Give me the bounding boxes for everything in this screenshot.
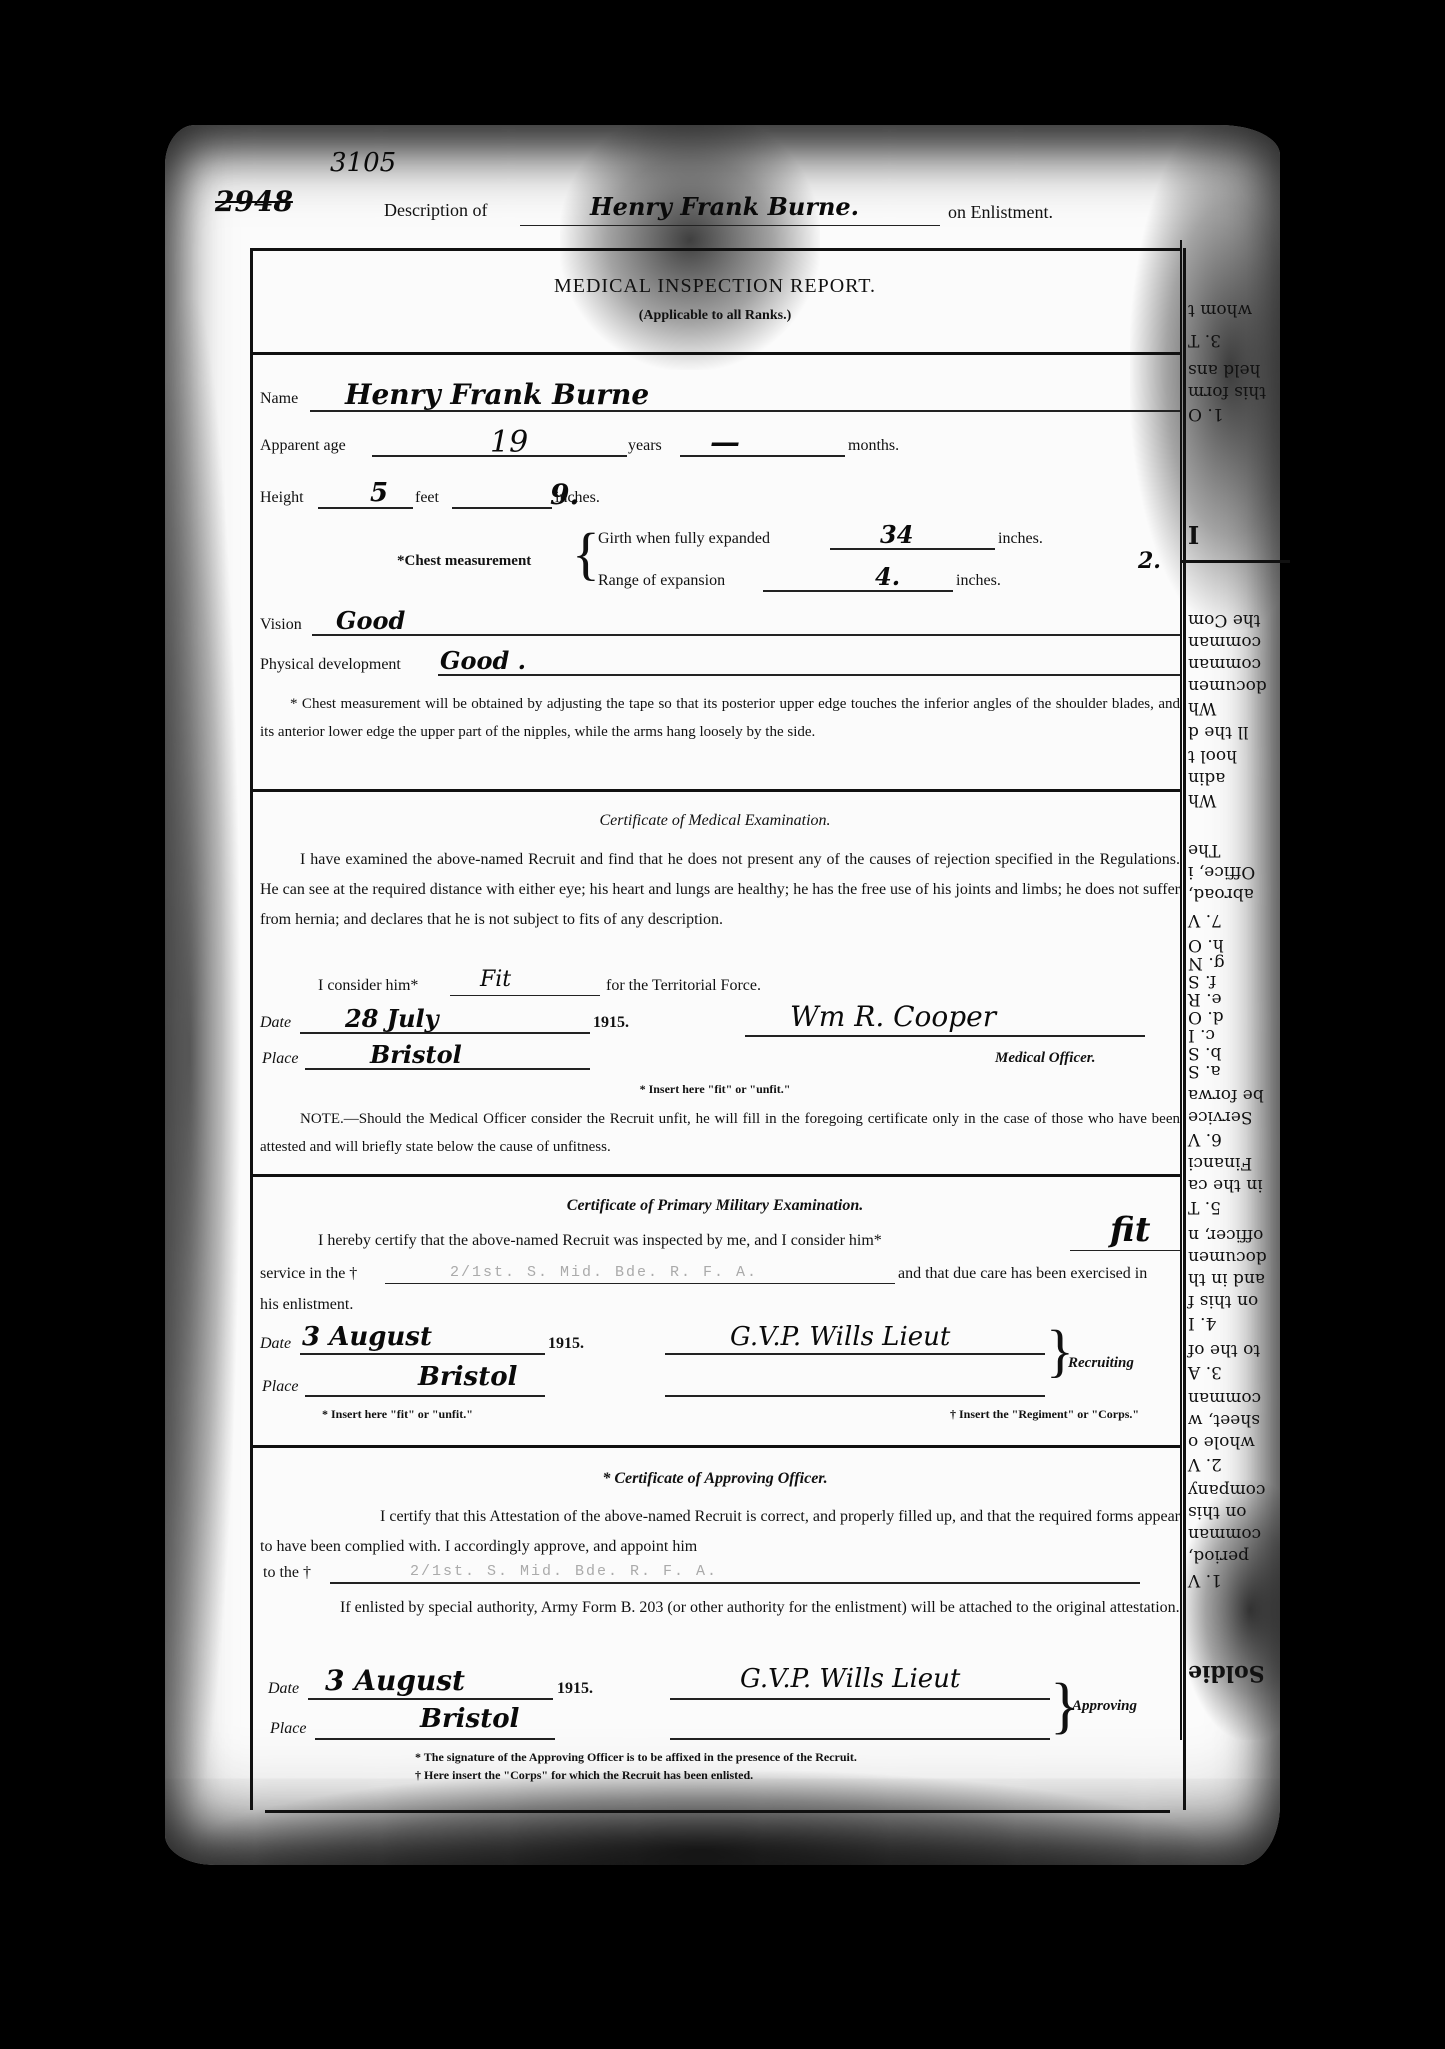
reverse-fragment: the Com	[1188, 610, 1261, 630]
year-value: 1915.	[593, 1014, 629, 1032]
primary-footnote-right: † Insert the "Regiment" or "Corps."	[950, 1407, 1139, 1422]
reverse-fragment: 7. V	[1188, 910, 1222, 930]
reverse-fragment: comman	[1188, 1524, 1261, 1544]
reverse-fragment: whole o	[1188, 1432, 1255, 1452]
reverse-fragment: h. O	[1188, 935, 1224, 955]
physical-label: Physical development	[260, 656, 401, 674]
description-name[interactable]: Henry Frank Burne.	[590, 192, 859, 221]
medical-note: NOTE.—Should the Medical Officer conside…	[260, 1105, 1180, 1161]
consider-line	[450, 995, 600, 996]
reverse-fragment: Wh	[1188, 698, 1216, 718]
date-value[interactable]: 28 July	[345, 1004, 439, 1033]
description-name-line	[520, 225, 940, 226]
reverse-fragment: to the of	[1188, 1340, 1260, 1360]
reverse-fragment: f. S	[1188, 971, 1216, 991]
vision-label: Vision	[260, 616, 302, 634]
reverse-fragment: Wh	[1188, 790, 1216, 810]
reverse-fragment: 3. A	[1188, 1362, 1222, 1382]
range-line	[763, 590, 953, 592]
reverse-fragment: 1. V	[1188, 1570, 1222, 1590]
consider-label: I consider him*	[318, 977, 418, 995]
primary-footnote-left: * Insert here "fit" or "unfit."	[322, 1407, 473, 1422]
approving-role: Approving	[1072, 1698, 1137, 1715]
vision-value[interactable]: Good	[336, 606, 405, 635]
approving-to-label: to the †	[263, 1564, 311, 1582]
primary-year: 1915.	[548, 1335, 584, 1353]
primary-line2-suffix: and that due care has been exercised in	[898, 1265, 1147, 1283]
reverse-fragment: Soldie	[1188, 1660, 1265, 1686]
age-months[interactable]: —	[710, 425, 740, 460]
reverse-fragment: Financi	[1188, 1153, 1252, 1173]
feet-label: feet	[415, 489, 439, 507]
reverse-fragment: and in th	[1188, 1269, 1265, 1289]
name-label: Name	[260, 390, 298, 408]
years-label: years	[628, 437, 662, 455]
range-label: Range of expansion	[598, 572, 725, 590]
reverse-page-strip: whom t 3. T held ans this form 1. O I th…	[1180, 240, 1300, 1740]
reverse-fragment: g. N	[1188, 953, 1225, 973]
report-subtitle: (Applicable to all Ranks.)	[250, 308, 1180, 324]
approving-place-value[interactable]: Bristol	[420, 1704, 519, 1734]
brace-icon: {	[572, 525, 600, 583]
primary-date-value[interactable]: 3 August	[302, 1322, 432, 1352]
reverse-fragment: hool t	[1188, 746, 1237, 766]
reverse-fragment: whom t	[1188, 300, 1252, 320]
approving-place-line	[315, 1738, 555, 1740]
reverse-fragment: 6. V	[1188, 1129, 1222, 1149]
reverse-fragment: comman	[1188, 1388, 1261, 1408]
approving-body: I certify that this Attestation of the a…	[260, 1502, 1180, 1562]
reverse-fragment: officer, n	[1188, 1225, 1263, 1245]
approving-footnote-1: * The signature of the Approving Officer…	[415, 1750, 857, 1765]
report-title: MEDICAL INSPECTION REPORT.	[250, 275, 1180, 298]
approving-footnote-2: † Here insert the "Corps" for which the …	[415, 1768, 753, 1783]
recruiting-role: Recruiting	[1068, 1355, 1134, 1372]
place-value[interactable]: Bristol	[370, 1040, 462, 1069]
reverse-fragment: b. S	[1188, 1043, 1221, 1063]
reverse-fragment: period,	[1188, 1546, 1249, 1566]
primary-place-line	[305, 1395, 545, 1397]
service-value[interactable]: 2/1st. S. Mid. Bde. R. F. A.	[450, 1264, 758, 1281]
chest-note: * Chest measurement will be obtained by …	[260, 690, 1180, 746]
primary-signature-line-2	[665, 1395, 1045, 1397]
approving-year: 1915.	[557, 1680, 593, 1698]
consider-value[interactable]: Fit	[480, 967, 511, 992]
approving-date-label: Date	[268, 1680, 299, 1698]
medical-officer-role: Medical Officer.	[995, 1050, 1096, 1067]
height-feet[interactable]: 5	[370, 478, 388, 508]
signature-line	[745, 1035, 1145, 1037]
primary-line3: his enlistment.	[260, 1296, 353, 1314]
place-label: Place	[262, 1050, 298, 1068]
range-unit: inches.	[956, 572, 1001, 590]
reverse-fragment: c. I	[1188, 1025, 1215, 1045]
reverse-fragment: ll the d	[1188, 722, 1248, 742]
reverse-fragment: documen	[1188, 1247, 1267, 1267]
girth-label: Girth when fully expanded	[598, 530, 770, 548]
margin-mark: 2.	[1138, 548, 1161, 574]
description-prefix: Description of	[384, 200, 487, 221]
section-rule	[250, 1445, 1180, 1448]
height-feet-line	[318, 507, 413, 509]
reverse-fragment: company	[1188, 1480, 1265, 1500]
regimental-number: 3105	[330, 148, 396, 178]
medical-certificate-heading: Certificate of Medical Examination.	[250, 812, 1180, 830]
months-label: months.	[848, 437, 899, 455]
chest-label: *Chest measurement	[397, 553, 531, 570]
reverse-fragment: a. S	[1188, 1061, 1221, 1081]
physical-line	[438, 674, 1180, 676]
approving-to-value[interactable]: 2/1st. S. Mid. Bde. R. F. A.	[410, 1563, 718, 1580]
inches-label: inches.	[555, 489, 600, 507]
reverse-fragment: comman	[1188, 632, 1261, 652]
reverse-fragment: e. R	[1188, 989, 1222, 1009]
section-rule	[250, 352, 1180, 355]
section-rule	[250, 1174, 1180, 1177]
reverse-fragment: 5. T	[1188, 1197, 1221, 1217]
reverse-fragment: this form	[1188, 382, 1266, 402]
approving-to-line	[330, 1582, 1140, 1584]
height-label: Height	[260, 489, 304, 507]
reverse-fragment: held ans	[1188, 360, 1261, 380]
reverse-fragment: Office, i	[1188, 862, 1255, 882]
reverse-fragment: 2. V	[1188, 1454, 1222, 1474]
vision-line	[312, 634, 1180, 636]
special-authority: If enlisted by special authority, Army F…	[260, 1593, 1180, 1623]
primary-consider-value[interactable]: fit	[1110, 1210, 1150, 1250]
approving-place-label: Place	[270, 1720, 306, 1738]
strip-divider	[1180, 240, 1182, 1740]
approving-signature-line	[670, 1698, 1050, 1700]
reverse-fragment: be forwa	[1188, 1085, 1264, 1105]
height-inches-line	[452, 507, 552, 509]
approving-signature: G.V.P. Wills Lieut	[740, 1664, 960, 1694]
medical-officer-signature: Wm R. Cooper	[790, 1000, 996, 1033]
reverse-fragment: The	[1188, 840, 1220, 860]
service-label: service in the †	[260, 1265, 357, 1283]
primary-place-label: Place	[262, 1378, 298, 1396]
medical-footnote: * Insert here "fit" or "unfit."	[250, 1082, 1180, 1097]
consider-suffix: for the Territorial Force.	[606, 977, 761, 995]
primary-place-value[interactable]: Bristol	[418, 1362, 517, 1392]
strip-rule	[1180, 560, 1290, 563]
description-suffix: on Enlistment.	[948, 202, 1053, 223]
primary-line1: I hereby certify that the above-named Re…	[318, 1232, 882, 1250]
primary-certificate-heading: Certificate of Primary Military Examinat…	[250, 1197, 1180, 1215]
age-label: Apparent age	[260, 437, 346, 455]
reverse-fragment: I	[1188, 520, 1199, 549]
primary-date-line	[300, 1353, 545, 1355]
reverse-fragment: comman	[1188, 654, 1261, 674]
reverse-fragment: on this f	[1188, 1291, 1258, 1311]
date-label: Date	[260, 1014, 291, 1032]
frame-bottom-rule	[265, 1810, 1170, 1813]
reverse-fragment: 1. O	[1188, 404, 1224, 424]
reverse-fragment: adin	[1188, 768, 1225, 788]
age-months-line	[680, 455, 845, 457]
regimental-number-struck: 2948	[215, 185, 293, 218]
service-line	[385, 1283, 895, 1284]
primary-consider-line	[1070, 1250, 1180, 1251]
date-line	[300, 1032, 590, 1034]
section-rule	[250, 789, 1180, 792]
girth-unit: inches.	[998, 530, 1043, 548]
reverse-fragment: d. O	[1188, 1007, 1224, 1027]
range-value[interactable]: 4.	[875, 562, 900, 591]
reverse-fragment: documen	[1188, 676, 1267, 696]
approving-date-value[interactable]: 3 August	[325, 1664, 465, 1697]
recruiting-signature: G.V.P. Wills Lieut	[730, 1322, 950, 1352]
name-value[interactable]: Henry Frank Burne	[345, 378, 649, 411]
reverse-fragment: on this	[1188, 1502, 1247, 1522]
physical-value[interactable]: Good .	[440, 646, 526, 675]
age-years[interactable]: 19	[490, 425, 528, 460]
frame-top-rule	[250, 248, 1180, 251]
reverse-fragment: Service	[1188, 1107, 1252, 1127]
reverse-fragment: in the ca	[1188, 1175, 1263, 1195]
girth-value[interactable]: 34	[880, 520, 913, 549]
reverse-fragment: abroad,	[1188, 884, 1254, 904]
primary-date-label: Date	[260, 1335, 291, 1353]
reverse-fragment: 4. I	[1188, 1313, 1216, 1333]
medical-certificate-body: I have examined the above-named Recruit …	[260, 845, 1180, 935]
primary-signature-line	[665, 1353, 1045, 1355]
approving-date-line	[308, 1698, 553, 1700]
reverse-fragment: sheet, w	[1188, 1410, 1260, 1430]
approving-certificate-heading: * Certificate of Approving Officer.	[250, 1470, 1180, 1488]
approving-signature-line-2	[670, 1738, 1050, 1740]
reverse-fragment: 3. T	[1188, 330, 1221, 350]
